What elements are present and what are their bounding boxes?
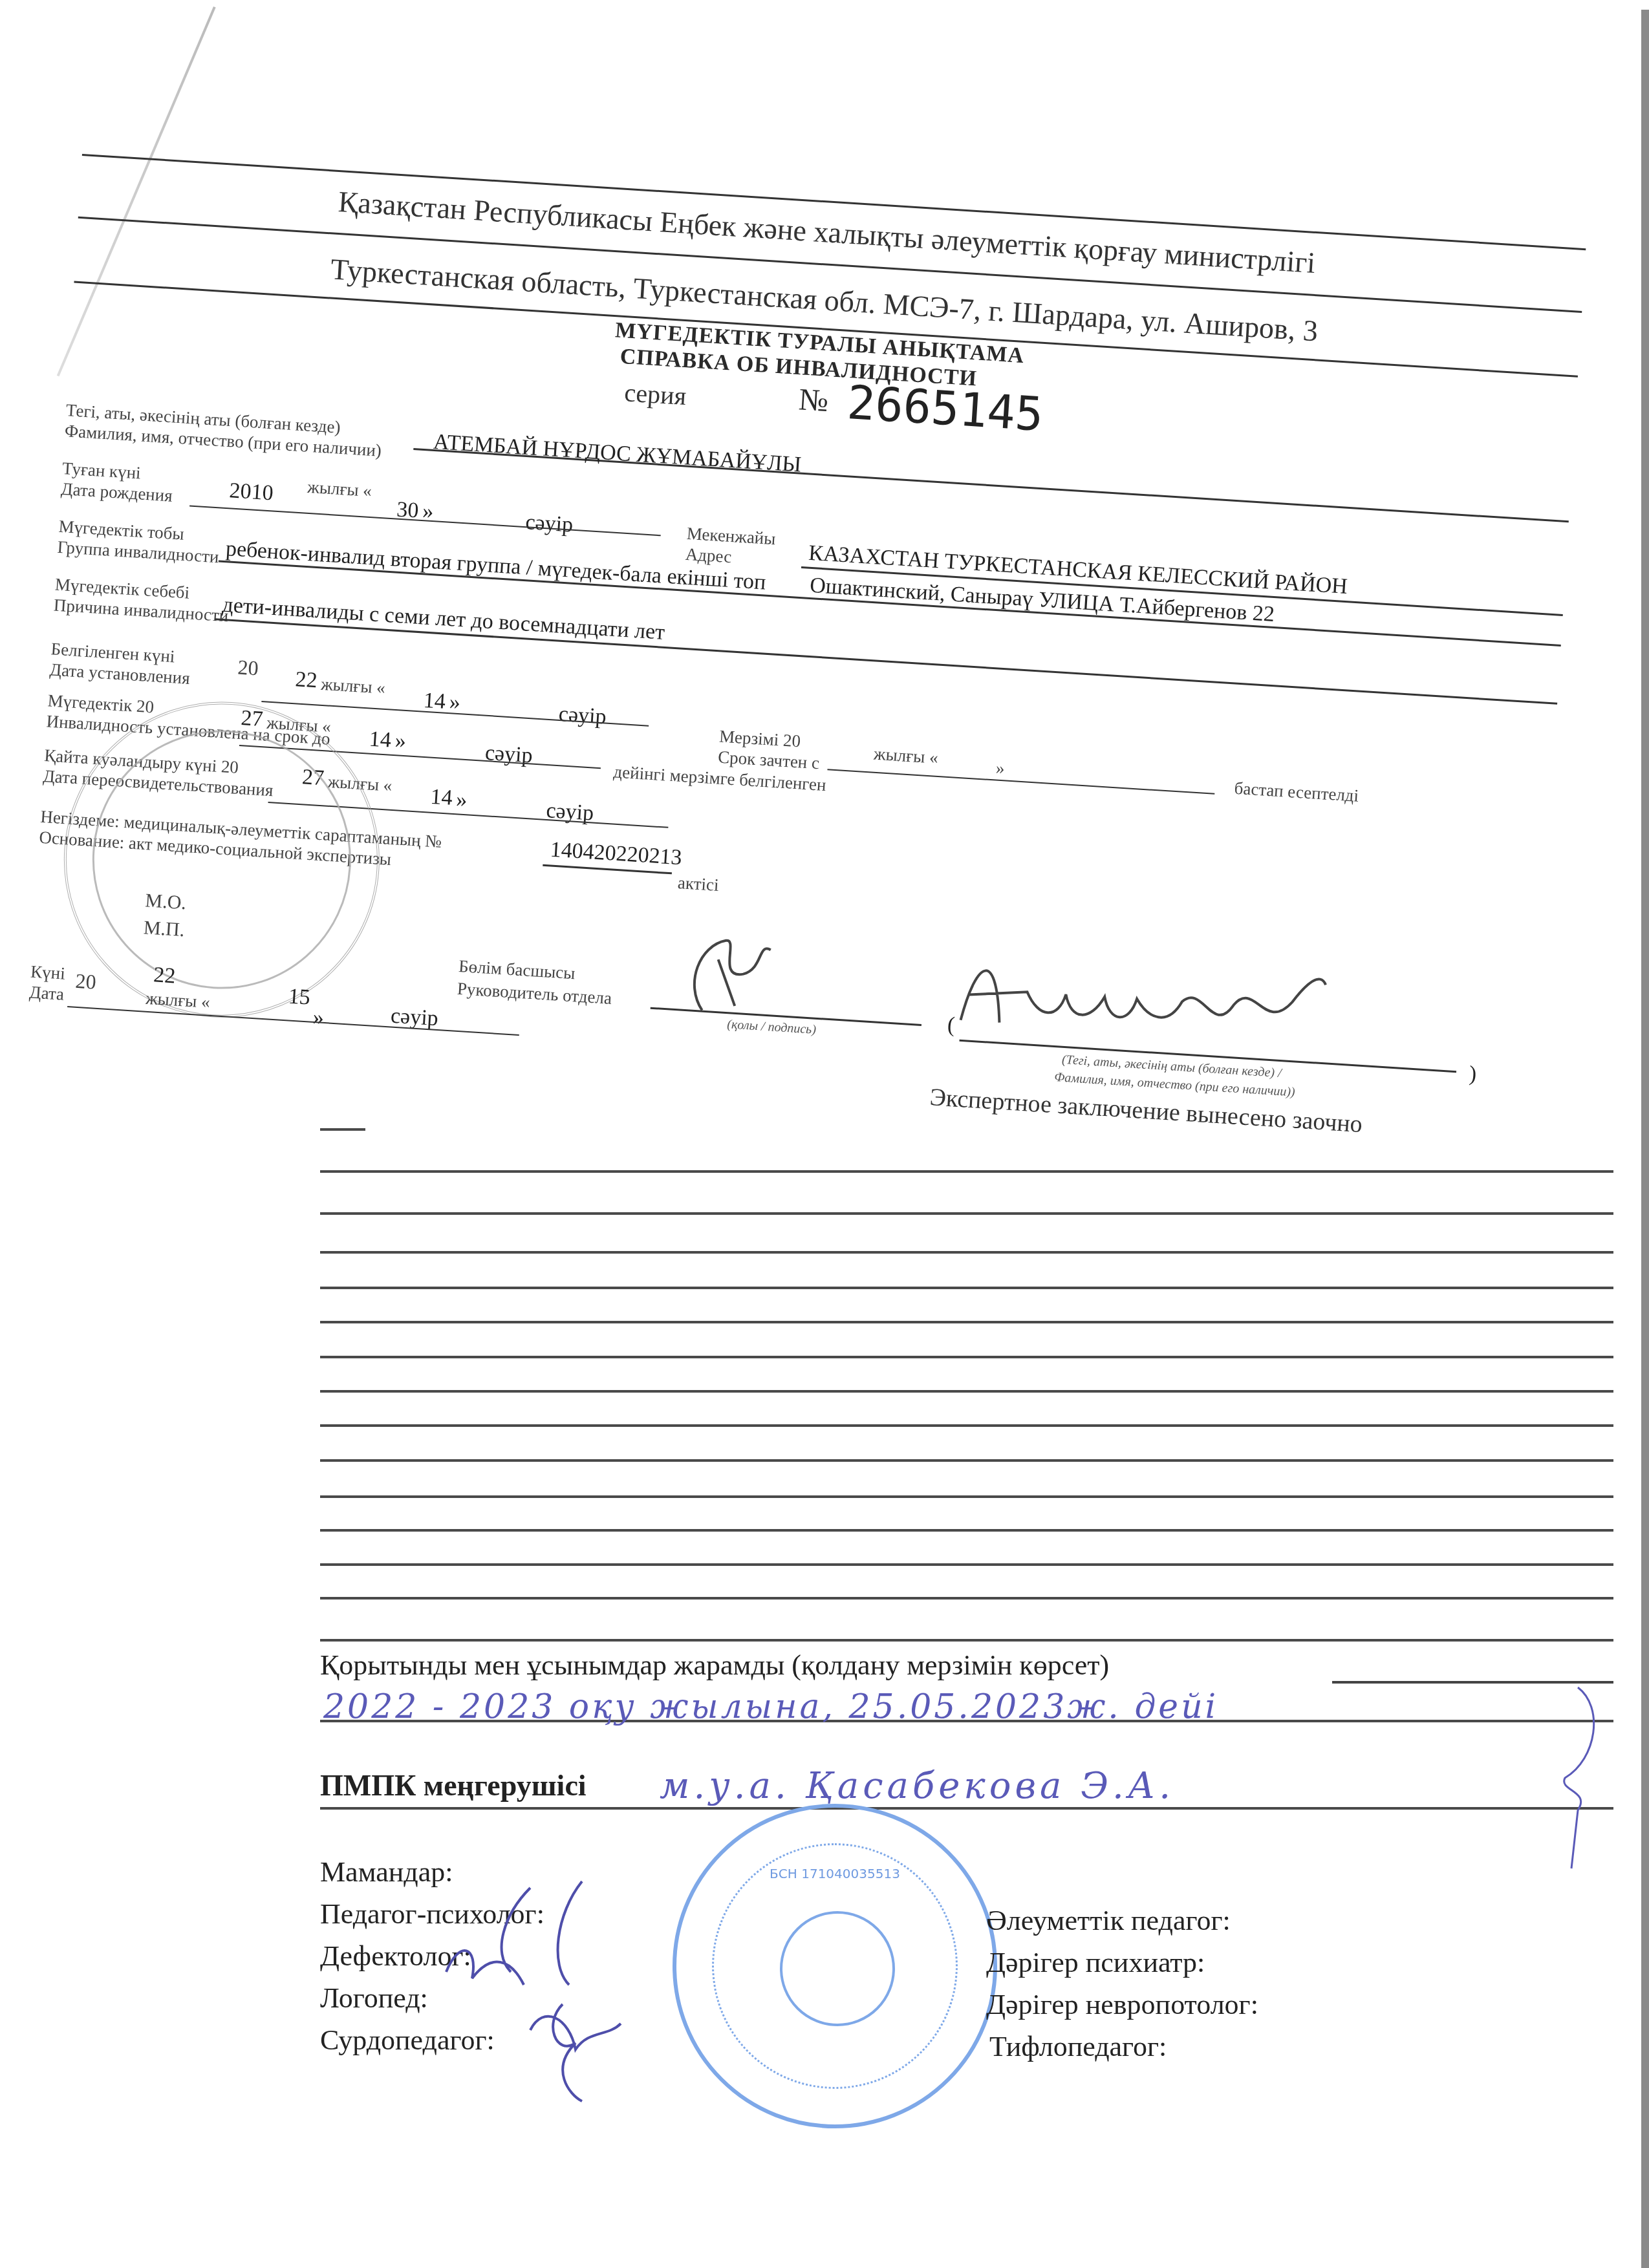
- disability-cause: дети-инвалиды с семи лет до восемнадцати…: [221, 593, 665, 645]
- quote-close: »: [455, 787, 468, 813]
- notes-line: [320, 1639, 1613, 1642]
- specialist-right-3: Тифлопедагог:: [989, 2030, 1167, 2063]
- notes-line: [320, 1390, 1613, 1393]
- notes-line: [320, 1424, 1613, 1427]
- number-sign: №: [798, 381, 830, 419]
- group-label-ru: Группа инвалидности: [57, 537, 220, 567]
- specialist-right-1: Дәрігер психиатр:: [986, 1946, 1205, 1979]
- notes-line: [320, 1597, 1613, 1599]
- year-suffix: жылғы «: [873, 744, 938, 767]
- conclusion-handwritten: 2022 - 2023 оқу жылына, 25.05.2023ж. дей…: [323, 1687, 1218, 1726]
- quote-close: »: [312, 1005, 325, 1031]
- conclusion-label: Қорытынды мен ұсынымдар жарамды (қолдану…: [320, 1649, 1109, 1682]
- pmpk-signature: [1539, 1681, 1617, 1875]
- notes-line: [320, 1356, 1613, 1358]
- pmpk-stamp: БСН 171040035513: [673, 1804, 997, 2128]
- head-name-signature: [953, 942, 1359, 1058]
- quote-close: »: [449, 690, 461, 715]
- notes-line: [320, 1495, 1613, 1498]
- year-suffix: жылғы «: [307, 477, 372, 500]
- pmpk-handwritten: м.у.а. Қасабекова Э.А.: [660, 1765, 1174, 1807]
- scanned-page: Қазақстан Республикасы Еңбек және халықт…: [0, 0, 1649, 2268]
- century-prefix: 20: [237, 658, 259, 678]
- notes-line: [320, 1287, 1613, 1289]
- term-tail: бастап есептелді: [1234, 778, 1359, 806]
- notes-line: [320, 1459, 1613, 1462]
- pmpk-label: ПМПК меңгерушісі: [320, 1768, 587, 1803]
- notes-line: [320, 1321, 1613, 1323]
- official-seal-gray: [54, 692, 389, 1027]
- birth-year: 2010: [229, 478, 274, 506]
- head-label-ru: Руководитель отдела: [457, 979, 612, 1008]
- disability-certificate: Қазақстан Республикасы Еңбек және халықт…: [21, 123, 1588, 1224]
- valid-day: 14: [369, 727, 392, 753]
- cause-label-ru: Причина инвалидности: [53, 595, 229, 626]
- established-day: 14: [423, 689, 446, 714]
- scan-border: [1641, 10, 1649, 2268]
- notes-line: [320, 1563, 1613, 1566]
- pmpk-line: [320, 1807, 1613, 1810]
- year-suffix: жылғы «: [320, 674, 385, 698]
- specialist-right-2: Дәрігер невропотолог:: [986, 1988, 1258, 2021]
- issue-label-ru: Дата: [28, 982, 65, 1003]
- expert-remark: Экспертное заключение вынесено заочно: [929, 1083, 1364, 1139]
- issue-label-kz: Күні: [30, 961, 65, 983]
- specialist-signatures: [362, 1875, 660, 2108]
- certificate-number: 2665145: [846, 375, 1045, 442]
- field-underline: [827, 769, 1214, 795]
- seal-kz: М.О.: [145, 891, 187, 913]
- stamp-bin: БСН 171040035513: [676, 1866, 993, 1881]
- full-name: АТЕМБАЙ НҰРДОС ЖҰМАБАЙҰЛЫ: [433, 430, 802, 478]
- issue-day: 15: [288, 985, 311, 1011]
- birth-label-kz: Туған күні: [61, 458, 141, 483]
- notes-line: [320, 1170, 1613, 1173]
- notes-line: [320, 1529, 1613, 1532]
- head-signature: [676, 931, 784, 1022]
- field-underline: [67, 1006, 519, 1036]
- act-tail: актісі: [677, 873, 719, 895]
- quote-close: »: [995, 758, 1005, 778]
- notes-line: [320, 1212, 1613, 1215]
- close-paren: ): [1469, 1062, 1478, 1087]
- birth-month: сәуір: [524, 510, 574, 538]
- issue-year: 22: [153, 963, 176, 989]
- established-month: сәуір: [558, 702, 607, 730]
- series-label: серия: [623, 377, 687, 411]
- head-label-kz: Бөлім басшысы: [458, 956, 576, 983]
- year-suffix: жылғы «: [145, 989, 210, 1012]
- birth-label-ru: Дата рождения: [60, 479, 173, 506]
- address-label-ru: Адрес: [685, 544, 732, 566]
- state-emblem-icon: [780, 1911, 895, 2026]
- notes-line: [320, 1251, 1613, 1254]
- century-prefix: 20: [75, 971, 97, 992]
- established-year: 22: [294, 667, 318, 693]
- reexam-day: 14: [429, 785, 453, 811]
- seal-ru: М.П.: [143, 918, 185, 940]
- quote-close: »: [394, 729, 407, 754]
- specialist-right-0: Әлеуметтік педагог:: [986, 1904, 1231, 1937]
- notes-line: [320, 1128, 365, 1131]
- valid-month: сәуір: [484, 741, 533, 769]
